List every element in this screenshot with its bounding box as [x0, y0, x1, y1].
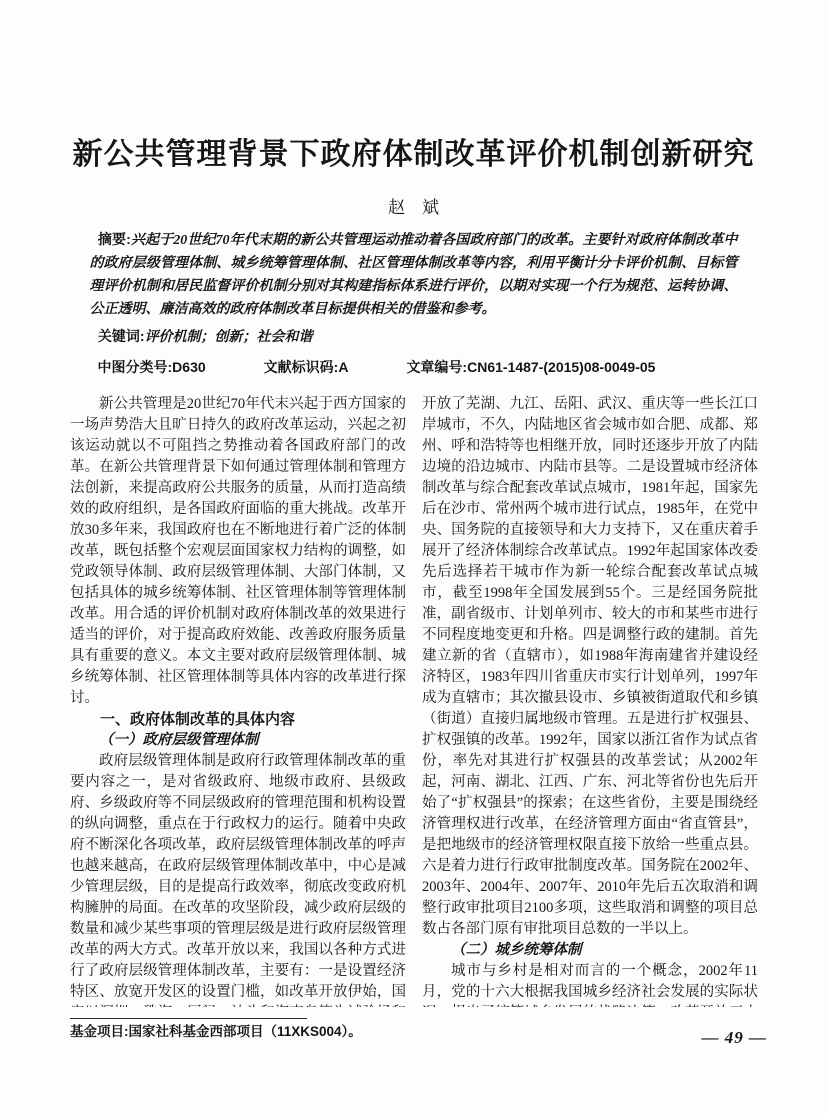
- clc-label: 中图分类号:: [98, 359, 173, 375]
- article-number-label: 文章编号:: [406, 359, 467, 375]
- abstract-label: 摘要:: [98, 231, 131, 247]
- left-column: 新公共管理是20世纪70年代末兴起于西方国家的一场声势浩大且旷日持久的政府改革运…: [70, 394, 406, 1007]
- keywords-text: 评价机制；创新；社会和谐: [145, 330, 313, 345]
- classification-row: 中图分类号:D630 文献标识码:A 文章编号:CN61-1487-(2015)…: [90, 357, 738, 377]
- right-column: 开放了芜湖、九江、岳阳、武汉、重庆等一些长江口岸城市，不久，内陆地区省会城市如合…: [422, 394, 758, 1007]
- paragraph-government-levels-continued: 开放了芜湖、九江、岳阳、武汉、重庆等一些长江口岸城市，不久，内陆地区省会城市如合…: [422, 394, 758, 940]
- keywords-line: 关键词:评价机制；创新；社会和谐: [90, 325, 738, 349]
- article-number-value: CN61-1487-(2015)08-0049-05: [467, 359, 655, 375]
- abstract-paragraph: 摘要:兴起于20世纪70年代末期的新公共管理运动推动着各国政府部门的改革。主要针…: [90, 228, 738, 321]
- article-number: 文章编号:CN61-1487-(2015)08-0049-05: [406, 357, 655, 377]
- document-code: 文献标识码:A: [264, 357, 349, 377]
- journal-page: 新公共管理背景下政府体制改革评价机制创新研究 赵 斌 摘要:兴起于20世纪70年…: [0, 0, 827, 1114]
- keywords-label: 关键词:: [98, 328, 145, 344]
- footnote-divider: [70, 1018, 307, 1019]
- subsection-heading-1: （一）政府层级管理体制: [70, 730, 406, 751]
- document-code-value: A: [338, 359, 348, 375]
- paragraph-intro: 新公共管理是20世纪70年代末兴起于西方国家的一场声势浩大且旷日持久的政府改革运…: [70, 394, 406, 709]
- body-columns: 新公共管理是20世纪70年代末兴起于西方国家的一场声势浩大且旷日持久的政府改革运…: [70, 394, 758, 1007]
- clc-value: D630: [172, 359, 205, 375]
- front-matter: 摘要:兴起于20世纪70年代末期的新公共管理运动推动着各国政府部门的改革。主要针…: [90, 228, 738, 377]
- section-heading-1: 一、政府体制改革的具体内容: [70, 709, 406, 730]
- paragraph-government-levels: 政府层级管理体制是政府行政管理体制改革的重要内容之一，是对省级政府、地级市政府、…: [70, 751, 406, 1007]
- document-code-label: 文献标识码:: [264, 359, 339, 375]
- clc-number: 中图分类号:D630: [98, 357, 206, 377]
- article-title: 新公共管理背景下政府体制改革评价机制创新研究: [0, 0, 827, 174]
- author-name: 赵 斌: [0, 198, 827, 218]
- subsection-heading-2: （二）城乡统筹体制: [422, 940, 758, 961]
- page-number: — 49 —: [702, 1028, 768, 1048]
- abstract-text: 兴起于20世纪70年代末期的新公共管理运动推动着各国政府部门的改革。主要针对政府…: [90, 233, 738, 317]
- paragraph-urban-rural: 城市与乡村是相对而言的一个概念，2002年11月，党的十六大根据我国城乡经济社会…: [422, 961, 758, 1007]
